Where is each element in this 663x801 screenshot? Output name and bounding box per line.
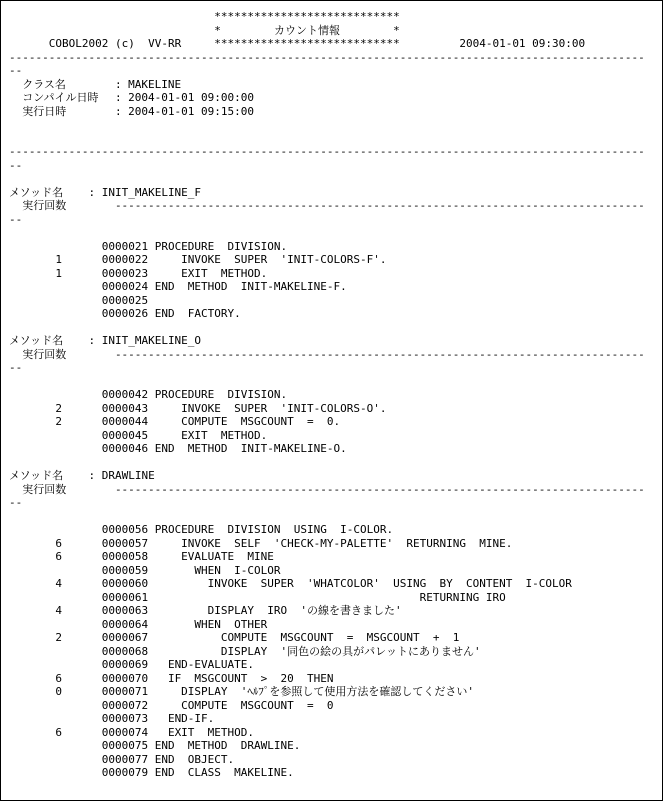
separator-wrap-line: --: [9, 213, 654, 227]
blank-line: [9, 456, 654, 470]
class-name-value: : MAKELINE: [115, 78, 181, 92]
code-line: 0000042 PROCEDURE DIVISION.: [9, 388, 654, 402]
report-title: カウント情報: [221, 24, 393, 38]
run-count-separator: ----------------------------------------…: [115, 483, 645, 497]
header-frame-top-line: ****************************: [9, 10, 654, 24]
code-line: 0 0000071 DISPLAY 'ﾍﾙﾌﾟを参照して使用方法を確認してくださ…: [9, 685, 654, 699]
code-line: 0000025: [9, 294, 654, 308]
header-product-line: COBOL2002 (c) VV-RR ********************…: [9, 37, 654, 51]
run-count-header-row: 実行回数------------------------------------…: [22, 348, 654, 362]
asterisk-left: *: [214, 24, 221, 38]
blank-line: [9, 375, 654, 389]
compile-datetime-value: : 2004-01-01 09:00:00: [115, 91, 254, 105]
code-line: 0000068 DISPLAY '同色の絵の具がパレットにありません': [9, 645, 654, 659]
code-line: 0000073 END-IF.: [9, 712, 654, 726]
code-line: 2 0000067 COMPUTE MSGCOUNT = MSGCOUNT + …: [9, 631, 654, 645]
run-count-label: 実行回数: [22, 348, 115, 362]
method-name-value: : INIT_MAKELINE_F: [88, 186, 201, 200]
code-line: 0000061 RETURNING IRO: [9, 591, 654, 605]
code-line: 1 0000022 INVOKE SUPER 'INIT-COLORS-F'.: [9, 253, 654, 267]
run-count-header-row: 実行回数------------------------------------…: [22, 483, 654, 497]
code-line: 4 0000063 DISPLAY IRO 'の線を書きました': [9, 604, 654, 618]
separator-wrap-line: --: [9, 496, 654, 510]
code-line: 4 0000060 INVOKE SUPER 'WHATCOLOR' USING…: [9, 577, 654, 591]
blank-line: [9, 118, 654, 132]
code-line: 0000064 WHEN OTHER: [9, 618, 654, 632]
method-name-label: メソッド名: [9, 186, 88, 200]
class-name-label: クラス名: [22, 78, 115, 92]
code-line: 0000069 END-EVALUATE.: [9, 658, 654, 672]
method-name-row: メソッド名: DRAWLINE: [9, 469, 654, 483]
run-count-label: 実行回数: [22, 199, 115, 213]
run-count-header-row: 実行回数------------------------------------…: [22, 199, 654, 213]
count-report-page: *****************************カウント情報* COB…: [0, 0, 663, 801]
count-information-listing: *****************************カウント情報* COB…: [9, 10, 654, 780]
blank-line: [9, 226, 654, 240]
separator-wrap-line: --: [9, 361, 654, 375]
code-line: 0000072 COMPUTE MSGCOUNT = 0: [9, 699, 654, 713]
code-line: 0000075 END METHOD DRAWLINE.: [9, 739, 654, 753]
separator-line: ----------------------------------------…: [9, 145, 654, 159]
code-line: 0000079 END CLASS MAKELINE.: [9, 766, 654, 780]
run-datetime-row: 実行日時: 2004-01-01 09:15:00: [22, 105, 654, 119]
separator-wrap-line: --: [9, 64, 654, 78]
blank-line: [9, 510, 654, 524]
code-line: 6 0000070 IF MSGCOUNT > 20 THEN: [9, 672, 654, 686]
class-name-row: クラス名: MAKELINE: [22, 78, 654, 92]
blank-line: [9, 321, 654, 335]
code-line: 0000024 END METHOD INIT-MAKELINE-F.: [9, 280, 654, 294]
separator-line: ----------------------------------------…: [9, 51, 654, 65]
method-name-label: メソッド名: [9, 334, 88, 348]
header-title-line: *カウント情報*: [214, 24, 654, 38]
code-line: 0000056 PROCEDURE DIVISION USING I-COLOR…: [9, 523, 654, 537]
code-line: 2 0000044 COMPUTE MSGCOUNT = 0.: [9, 415, 654, 429]
run-datetime-value: : 2004-01-01 09:15:00: [115, 105, 254, 119]
code-line: 0000077 END OBJECT.: [9, 753, 654, 767]
method-name-label: メソッド名: [9, 469, 88, 483]
run-count-separator: ----------------------------------------…: [115, 199, 645, 213]
run-datetime-label: 実行日時: [22, 105, 115, 119]
asterisk-right: *: [393, 24, 400, 38]
method-name-row: メソッド名: INIT_MAKELINE_O: [9, 334, 654, 348]
method-name-value: : INIT_MAKELINE_O: [88, 334, 201, 348]
code-line: 6 0000057 INVOKE SELF 'CHECK-MY-PALETTE'…: [9, 537, 654, 551]
code-line: 0000026 END FACTORY.: [9, 307, 654, 321]
method-name-value: : DRAWLINE: [88, 469, 154, 483]
code-line: 2 0000043 INVOKE SUPER 'INIT-COLORS-O'.: [9, 402, 654, 416]
blank-line: [9, 172, 654, 186]
code-line: 6 0000058 EVALUATE MINE: [9, 550, 654, 564]
separator-wrap-line: --: [9, 159, 654, 173]
compile-datetime-row: コンパイル日時: 2004-01-01 09:00:00: [22, 91, 654, 105]
method-name-row: メソッド名: INIT_MAKELINE_F: [9, 186, 654, 200]
code-line: 1 0000023 EXIT METHOD.: [9, 267, 654, 281]
code-line: 0000046 END METHOD INIT-MAKELINE-O.: [9, 442, 654, 456]
run-count-label: 実行回数: [22, 483, 115, 497]
code-line: 6 0000074 EXIT METHOD.: [9, 726, 654, 740]
run-count-separator: ----------------------------------------…: [115, 348, 645, 362]
code-line: 0000059 WHEN I-COLOR: [9, 564, 654, 578]
blank-line: [9, 132, 654, 146]
code-line: 0000021 PROCEDURE DIVISION.: [9, 240, 654, 254]
code-line: 0000045 EXIT METHOD.: [9, 429, 654, 443]
compile-datetime-label: コンパイル日時: [22, 91, 115, 105]
